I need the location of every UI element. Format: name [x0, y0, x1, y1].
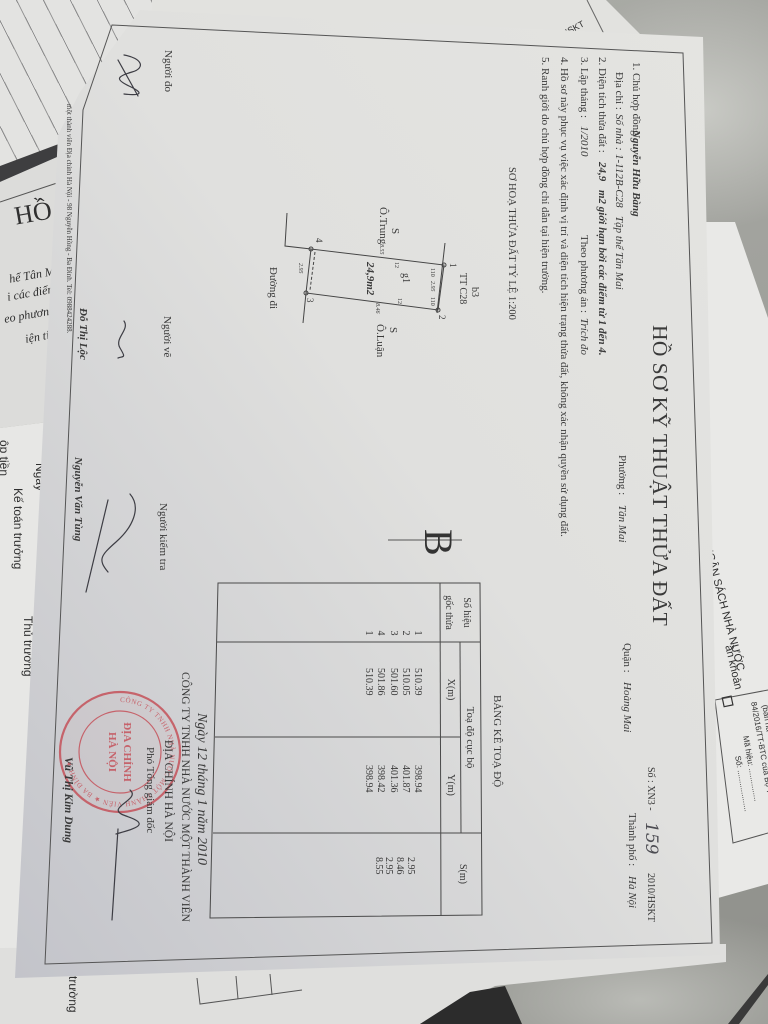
record-number-label: Số : XN3 -	[644, 767, 656, 811]
checker-role: Người kiểm tra	[156, 503, 170, 570]
table-cell-y: 398.94	[362, 765, 374, 793]
table-title: BẢNG KÊ TOẠ ĐỘ	[490, 695, 504, 787]
table-cell-point: 3	[387, 626, 399, 640]
checker-name: Nguyễn Văn Tùng	[71, 457, 85, 541]
header-y: Y(m)	[444, 737, 456, 833]
header-local-coordinates: Toạ độ cục bộ	[463, 642, 477, 833]
table-cell-point: 4	[374, 626, 386, 640]
approval-company-sub: ĐỊA CHÍNH HÀ NỘI	[161, 740, 175, 842]
drafter-role: Người vẽ	[160, 316, 174, 357]
area-value: 24,9	[595, 162, 609, 181]
header-point-line1: Số hiệu	[460, 583, 472, 642]
point-label-3: 3	[304, 298, 315, 303]
table-cell-s: 8.46	[393, 857, 405, 875]
table-cell-x: 501.60	[387, 668, 399, 696]
approval-date: Ngày 12 tháng 1 năm 2010	[193, 713, 209, 865]
building-label: TT C28	[456, 273, 468, 304]
table-cell-y: 398.94	[411, 765, 423, 793]
house-label: Số nhà :	[612, 114, 626, 151]
table-cell-point: 1	[411, 626, 423, 640]
block-label: b3	[468, 287, 480, 297]
table-cell-point: 2	[399, 626, 411, 640]
edge-length-2-3: 8.46	[373, 303, 381, 314]
area-label: 2. Diện tích thửa đất :	[595, 57, 609, 153]
table-cell-x: 510.05	[399, 668, 411, 696]
ward-value: Tân Mai	[615, 505, 629, 543]
approval-position: Phó Tổng giám đốc	[143, 747, 157, 833]
table-cell-s: 2.95	[404, 857, 416, 875]
parcel-id: g1	[399, 273, 411, 283]
footer-contact: một thành viên Địa chính Hà Nội - 98 Ngu…	[64, 104, 73, 333]
city-value: Hà Nội	[625, 876, 639, 908]
header-s: S(m)	[456, 833, 468, 915]
table-cell-point: 1	[362, 626, 374, 640]
drawn-label: 3. Lập tháng :	[577, 57, 591, 118]
annotation-east: 12	[395, 298, 403, 304]
owner-name: Nguyễn Hữu Bàng	[629, 130, 643, 217]
edge-length-3-4: 2.95	[296, 263, 304, 274]
stamp-center-line-1: ĐỊA CHÍNH	[121, 722, 133, 782]
table-cell-x: 510.39	[362, 668, 374, 696]
record-series: 2010/HSKT	[644, 873, 656, 922]
ward-label: Phường :	[615, 455, 629, 495]
residential-area: Tập thể Tân Mai	[612, 216, 626, 290]
header-x: X(m)	[444, 642, 456, 737]
table-cell-y: 401.87	[399, 765, 411, 793]
approval-company: CÔNG TY TNHH NHÀ NƯỚC MỘT THÀNH VIÊN	[178, 672, 192, 922]
record-number-handwritten: 159	[641, 822, 661, 854]
note-5: 5. Ranh giới do chủ hợp đồng chỉ dẫn tại…	[538, 57, 552, 293]
neighbor-right-name: Ô.Luận	[373, 324, 387, 357]
drafter-name: Đỗ Thị Lộc	[76, 308, 90, 360]
land-parcel-technical-record: CÔNG TY TNHH NHÀ NƯỚC MỘT THÀNH VIÊN ★ B…	[0, 0, 730, 1024]
table-cell-x: 510.39	[411, 668, 423, 696]
neighbor-left-code: S	[388, 228, 402, 234]
point-label-4: 4	[313, 238, 324, 243]
header-point-line2: gốc thửa	[442, 583, 454, 642]
point-label-2: 2	[436, 315, 447, 320]
district-label: Quận :	[620, 643, 634, 673]
road-label: Đường đi	[266, 267, 280, 309]
district-value: Hoàng Mai	[620, 682, 634, 732]
parcel-area: 24,9m2	[363, 262, 377, 295]
annotation-near-p1: 110	[428, 268, 436, 277]
page-title: HỒ SƠ KỸ THUẬT THỬA ĐẤT	[647, 325, 673, 626]
city-label: Thành phố :	[625, 813, 639, 866]
table-cell-s: 8.55	[372, 857, 384, 875]
table-cell-x: 501.86	[374, 668, 386, 696]
edge-length-1-2: 2.95	[428, 281, 436, 292]
drawn-value: 1/2010	[577, 126, 591, 157]
method-value: Trích đo	[577, 318, 591, 355]
surveyor-role: Người đo	[161, 50, 175, 92]
annotation-near-p2: 110	[428, 297, 436, 306]
point-label-1: 1	[447, 263, 458, 268]
area-description: m2 giới hạn bởi các điểm từ 1 đến 4.	[595, 190, 609, 356]
approval-signer: Vũ Thị Kim Dung	[61, 757, 75, 843]
address-label: Địa chỉ :	[612, 72, 626, 110]
house-number: 1-112B-C28	[612, 154, 626, 208]
note-4: 4. Hồ sơ này phục vụ việc xác định vị tr…	[557, 57, 571, 537]
table-cell-s: 2.95	[382, 857, 394, 875]
table-cell-y: 398.42	[374, 765, 386, 793]
edge-length-4-1: 8.55	[377, 244, 385, 255]
stamp-center-line-2: HÀ NỘI	[106, 732, 119, 772]
annotation-west: 12	[392, 262, 400, 268]
method-label: Theo phương án :	[577, 235, 591, 313]
neighbor-left-name: Ô.Trung	[376, 207, 390, 244]
table-cell-y: 401.36	[387, 765, 399, 793]
marker-letter: B	[418, 529, 458, 556]
sketch-title: SƠ HOẠ THỬA ĐẤT TỶ LỆ 1:200	[505, 167, 517, 320]
neighbor-right-code: S	[386, 327, 400, 333]
